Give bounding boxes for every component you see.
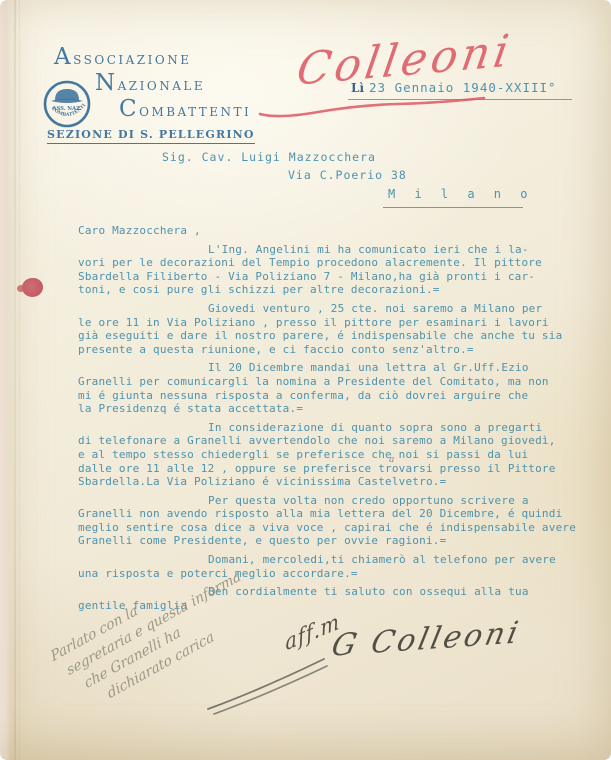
letter-line: Granelli per comunicargli la nomina a Pr… xyxy=(78,375,570,389)
date-prefix-label: Lì xyxy=(351,81,364,95)
letter-line: Il 20 Dicembre mandai una lettra al Gr.U… xyxy=(78,361,570,375)
letter-line: Granelli non avendo risposto alla mia le… xyxy=(78,507,570,521)
org-name-line3: Combattenti xyxy=(119,96,251,122)
date-typed: 23 Gennaio 1940-XXIII° xyxy=(369,80,557,95)
paper-crease-2 xyxy=(19,0,20,760)
recipient-city: M i l a n o xyxy=(388,187,533,201)
org-name-line2: Nazionale xyxy=(95,70,205,96)
paragraph-3: Il 20 Dicembre mandai una lettra al Gr.U… xyxy=(78,361,570,415)
org-line1-text: ssociazione xyxy=(73,49,191,69)
salutation: Caro Mazzocchera , xyxy=(78,224,570,238)
letter-line: vori per le decorazioni del Tempio proce… xyxy=(78,256,570,270)
letter-line: Sbardella.La Via Poliziano é vicinissima… xyxy=(78,475,570,489)
org-line2-text: azionale xyxy=(118,75,205,95)
letter-line: meglio sentire cosa dice a viva voce , c… xyxy=(78,521,570,535)
letter-line: presente a questa riunione, e ci faccio … xyxy=(78,343,570,357)
helmet-icon xyxy=(55,89,79,100)
handwritten-signature: G Colleoni xyxy=(328,615,524,664)
letter-line: la Presidenzq é stata accettata.= xyxy=(78,402,570,416)
red-ink-dot xyxy=(22,278,43,297)
letter-page: Associazione Nazionale Combattenti ASS. … xyxy=(0,0,611,760)
letter-line: dalle ore 11 alle 12 , oppure se preferi… xyxy=(78,462,570,476)
org-initial-3: C xyxy=(119,96,139,122)
letter-line: mi é giunta nessuna risposta a conferma,… xyxy=(78,389,570,403)
letter-line: una risposta e poterci meglio accordare.… xyxy=(78,567,570,581)
letter-line: già eseguiti e dare il nostro parere, é … xyxy=(78,329,570,343)
letter-line: Sbardella Filiberto - Via Poliziano 7 - … xyxy=(78,270,570,284)
paragraph-4: In considerazione di quanto sopra sono a… xyxy=(78,421,570,489)
signature-flourish xyxy=(200,645,330,719)
section-title: SEZIONE DI S. PELLEGRINO xyxy=(47,128,255,144)
letter-line: In considerazione di quanto sopra sono a… xyxy=(78,421,570,435)
recipient-name: Sig. Cav. Luigi Mazzocchera xyxy=(162,150,376,164)
paragraph-6: Domani, mercoledi,ti chiamerò al telefon… xyxy=(78,553,570,580)
letter-line: di telefonare a Granelli avvertendolo ch… xyxy=(78,434,570,448)
red-underline-flourish xyxy=(258,92,488,124)
recipient-street: Via C.Poerio 38 xyxy=(288,168,407,182)
letter-line: e al tempo stesso chiedergli se preferis… xyxy=(78,448,570,462)
letter-line: L'Ing. Angelini mi ha comunicato ieri ch… xyxy=(78,243,570,257)
org-initial-2: N xyxy=(95,70,118,96)
pencil-insert-mark: a xyxy=(389,455,394,465)
letter-line: Domani, mercoledi,ti chiamerò al telefon… xyxy=(78,553,570,567)
letter-line: toni, e cosi pure gli schizzi per altre … xyxy=(78,283,570,297)
org-name-line1: Associazione xyxy=(54,44,191,70)
letter-body: Caro Mazzocchera , L'Ing. Angelini mi ha… xyxy=(78,224,570,617)
letter-line: Granelli come Presidente, e questo per o… xyxy=(78,534,570,548)
paper-crease xyxy=(14,0,16,760)
date-underline xyxy=(348,99,572,100)
org-initial: A xyxy=(54,44,73,70)
letter-line: le ore 11 in Via Poliziano , presso il p… xyxy=(78,316,570,330)
paragraph-5: Per questa volta non credo opportuno scr… xyxy=(78,494,570,548)
recipient-city-underline xyxy=(383,207,523,208)
org-line3-text: ombattenti xyxy=(139,101,251,121)
association-emblem-icon: ASS. NAZ. COMBATTENTI xyxy=(42,79,92,133)
letter-line: Giovedi venturo , 25 cte. noi saremo a M… xyxy=(78,302,570,316)
paper-left-edge xyxy=(0,0,11,760)
letter-line: Per questa volta non credo opportuno scr… xyxy=(78,494,570,508)
paragraph-2: Giovedi venturo , 25 cte. noi saremo a M… xyxy=(78,302,570,356)
paragraph-1: L'Ing. Angelini mi ha comunicato ieri ch… xyxy=(78,243,570,297)
